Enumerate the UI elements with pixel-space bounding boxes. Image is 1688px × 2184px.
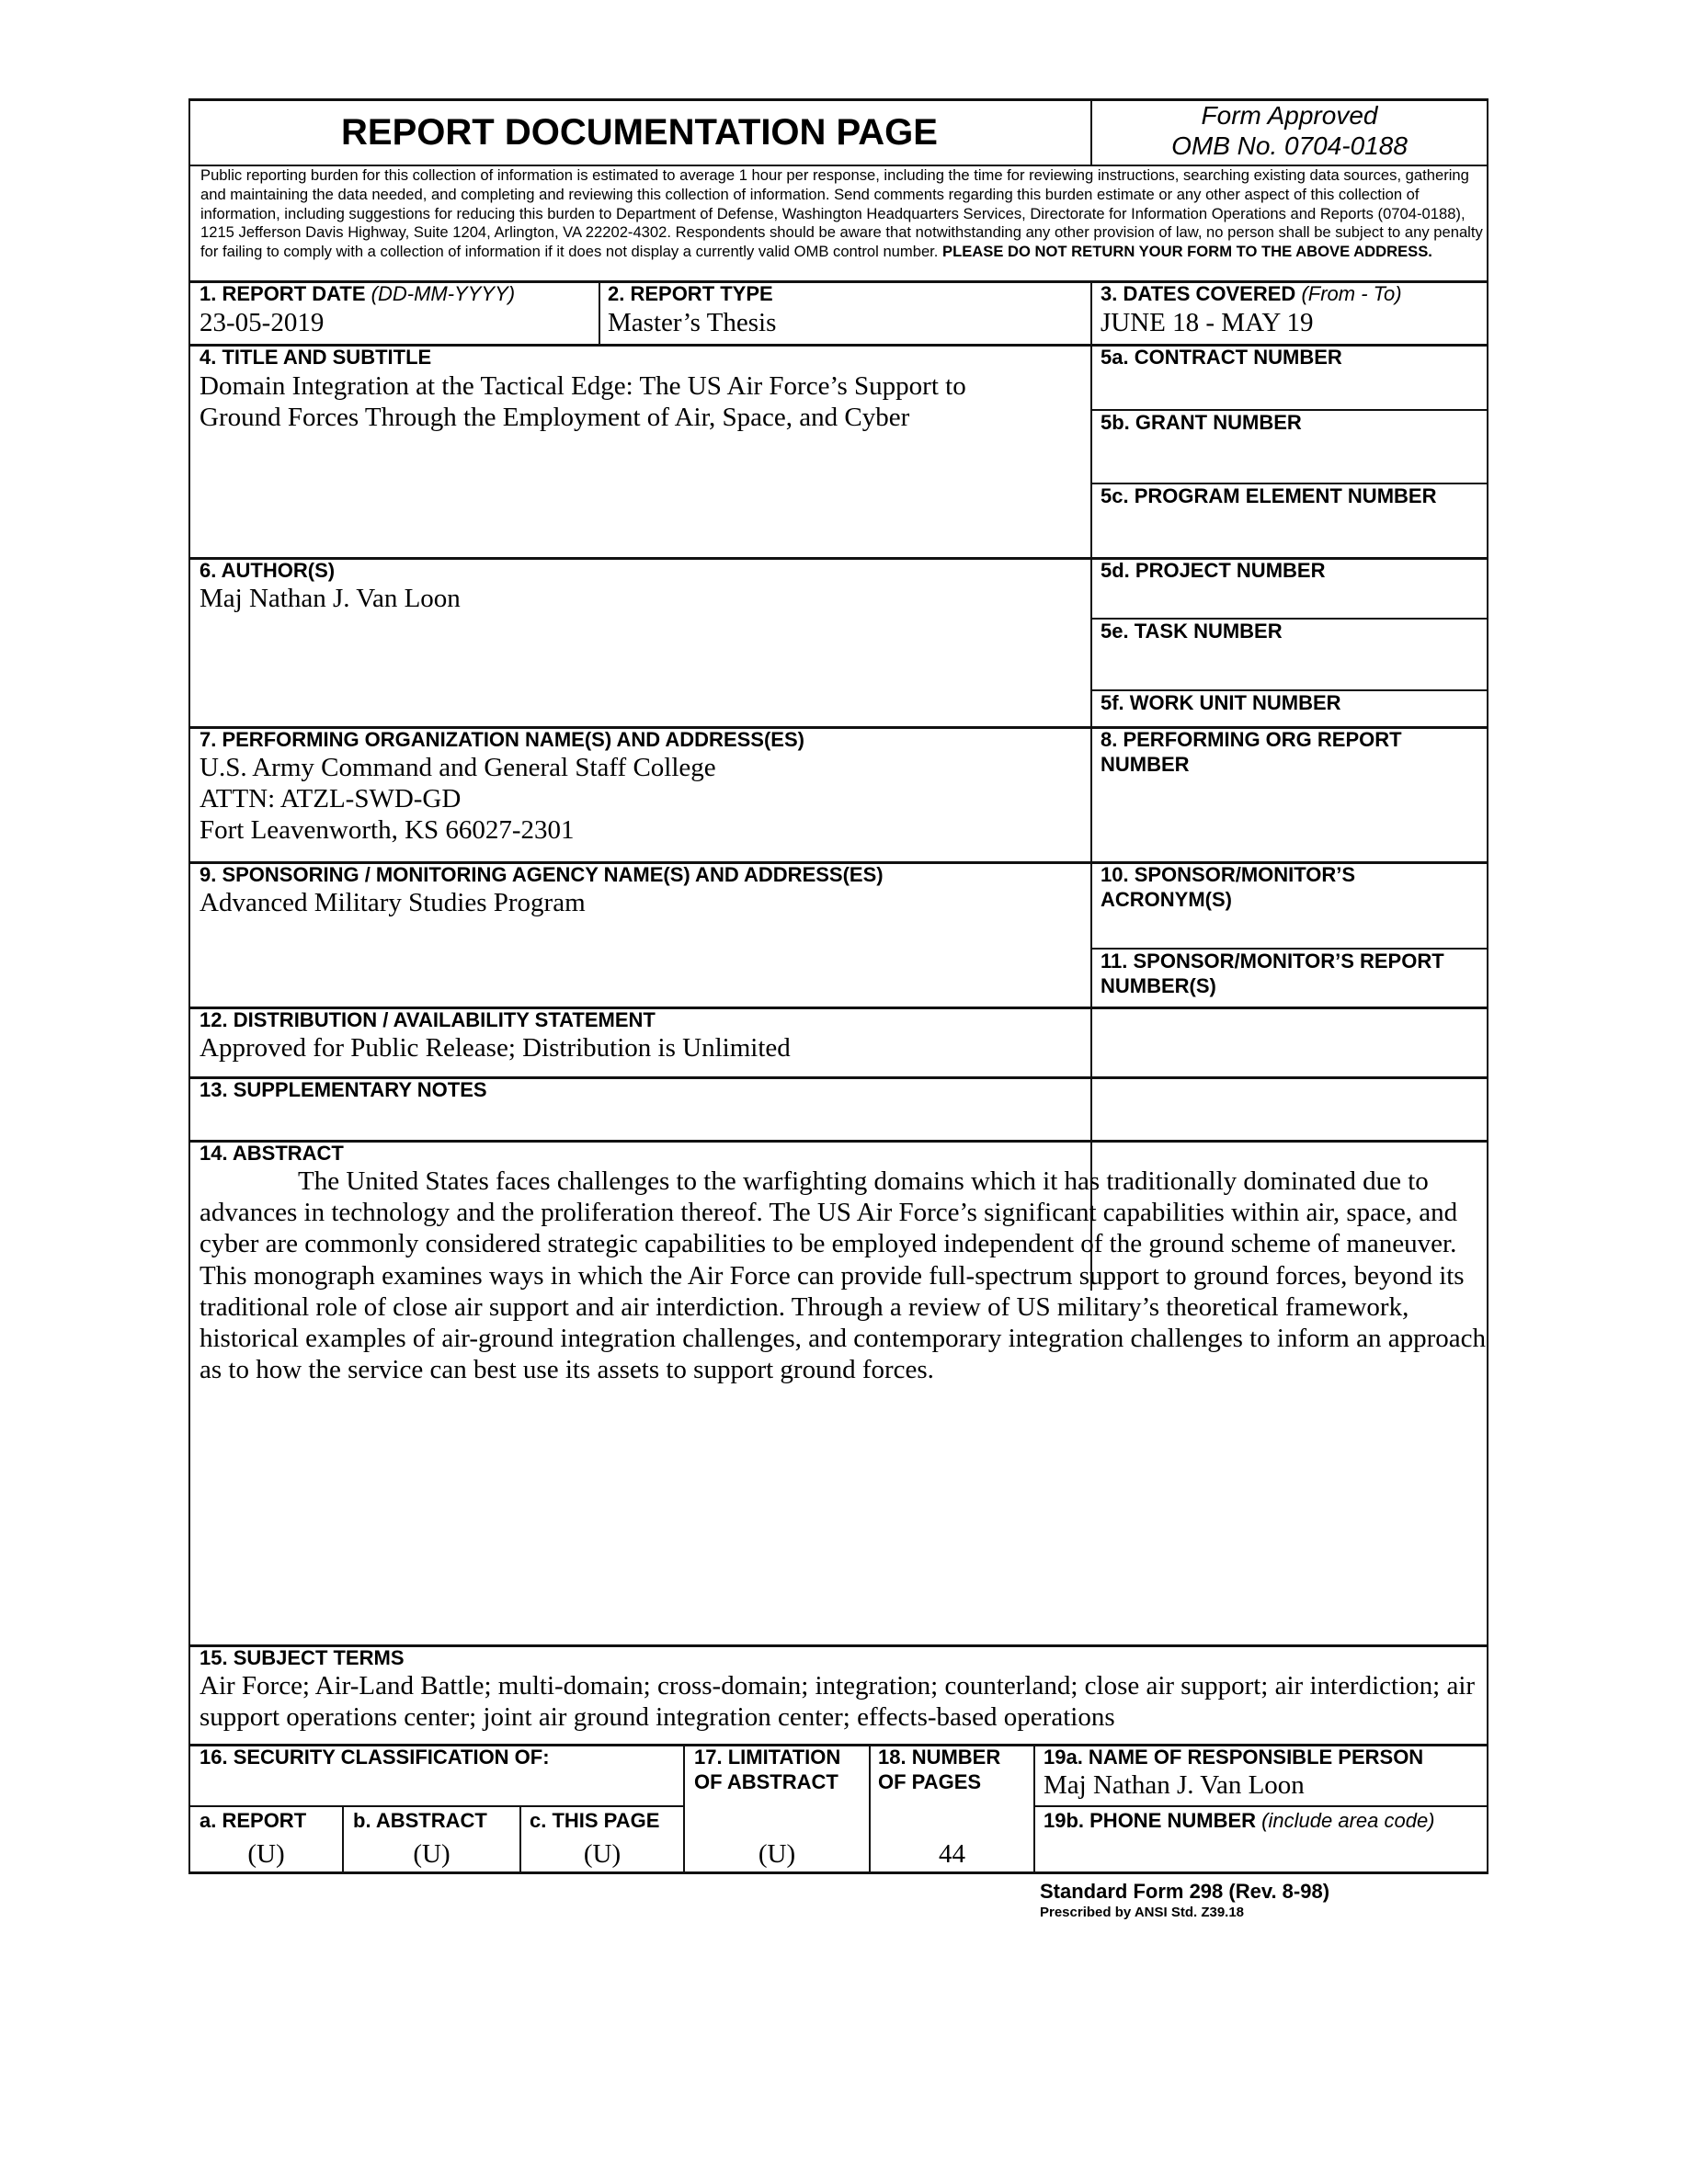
rule (599, 280, 600, 345)
authors-label: 6. AUTHOR(S) (200, 558, 335, 583)
sc-report-value[interactable]: (U) (190, 1838, 342, 1870)
title-line-1[interactable]: Domain Integration at the Tactical Edge:… (200, 370, 966, 402)
performing-org-line-2[interactable]: ATTN: ATZL-SWD-GD (200, 783, 461, 814)
title-line-2[interactable]: Ground Forces Through the Employment of … (200, 402, 909, 433)
sponsoring-agency-value[interactable]: Advanced Military Studies Program (200, 887, 586, 918)
report-type-value[interactable]: Master’s Thesis (608, 307, 776, 338)
title-subtitle-label: 4. TITLE AND SUBTITLE (200, 345, 431, 370)
authors-value[interactable]: Maj Nathan J. Van Loon (200, 583, 461, 614)
form-title: REPORT DOCUMENTATION PAGE (188, 110, 1090, 154)
security-classification-label: 16. SECURITY CLASSIFICATION OF: (200, 1745, 550, 1769)
dates-covered-value[interactable]: JUNE 18 - MAY 19 (1101, 307, 1313, 338)
performing-org-report-number-label: 8. PERFORMING ORG REPORT NUMBER (1101, 727, 1402, 777)
abstract-label: 14. ABSTRACT (200, 1141, 344, 1166)
burden-statement: Public reporting burden for this collect… (200, 166, 1497, 262)
abstract-text[interactable]: The United States faces challenges to th… (200, 1166, 1496, 1385)
distribution-value[interactable]: Approved for Public Release; Distributio… (200, 1032, 791, 1064)
sponsor-acronym-label: 10. SPONSOR/MONITOR’S ACRONYM(S) (1101, 862, 1355, 912)
limitation-of-abstract-label: 17. LIMITATION OF ABSTRACT (694, 1745, 840, 1794)
sc-this-page-value[interactable]: (U) (521, 1838, 683, 1870)
program-element-number-label: 5c. PROGRAM ELEMENT NUMBER (1101, 483, 1436, 508)
performing-org-label: 7. PERFORMING ORGANIZATION NAME(S) AND A… (200, 727, 804, 752)
responsible-person-value[interactable]: Maj Nathan J. Van Loon (1044, 1769, 1305, 1801)
rule (1033, 1744, 1035, 1873)
grant-number-label: 5b. GRANT NUMBER (1101, 410, 1302, 435)
work-unit-number-label: 5f. WORK UNIT NUMBER (1101, 690, 1341, 715)
rule (188, 1871, 1488, 1874)
rule (188, 98, 190, 1873)
form-approved-label: Form Approved (1092, 101, 1487, 131)
performing-org-line-1[interactable]: U.S. Army Command and General Staff Coll… (200, 752, 716, 783)
limitation-of-abstract-value[interactable]: (U) (685, 1838, 869, 1870)
prescribed-by: Prescribed by ANSI Std. Z39.18 (1040, 1905, 1244, 1921)
omb-number: OMB No. 0704-0188 (1092, 131, 1487, 161)
sc-abstract-value[interactable]: (U) (344, 1838, 519, 1870)
distribution-label: 12. DISTRIBUTION / AVAILABILITY STATEMEN… (200, 1007, 656, 1032)
rule (1033, 1805, 1488, 1807)
supplementary-notes-label: 13. SUPPLEMENTARY NOTES (200, 1077, 487, 1102)
subject-terms-label: 15. SUBJECT TERMS (200, 1645, 405, 1670)
standard-form-id: Standard Form 298 (Rev. 8-98) (1040, 1880, 1329, 1904)
task-number-label: 5e. TASK NUMBER (1101, 619, 1283, 643)
sc-report-label: a. REPORT (200, 1808, 306, 1833)
subject-terms-value[interactable]: Air Force; Air-Land Battle; multi-domain… (200, 1670, 1498, 1733)
sc-this-page-label: c. THIS PAGE (530, 1808, 659, 1833)
contract-number-label: 5a. CONTRACT NUMBER (1101, 345, 1342, 370)
number-of-pages-value[interactable]: 44 (871, 1838, 1033, 1870)
burden-emphasis: PLEASE DO NOT RETURN YOUR FORM TO THE AB… (942, 243, 1432, 260)
sponsoring-agency-label: 9. SPONSORING / MONITORING AGENCY NAME(S… (200, 862, 884, 887)
rule (1487, 98, 1488, 1873)
sc-abstract-label: b. ABSTRACT (353, 1808, 487, 1833)
responsible-person-label: 19a. NAME OF RESPONSIBLE PERSON (1044, 1745, 1423, 1769)
number-of-pages-label: 18. NUMBER OF PAGES (878, 1745, 1000, 1794)
dates-covered-label: 3. DATES COVERED (From - To) (1101, 281, 1402, 306)
report-date-value[interactable]: 23-05-2019 (200, 307, 324, 338)
phone-number-label: 19b. PHONE NUMBER (include area code) (1044, 1808, 1435, 1833)
rule (188, 1140, 1488, 1143)
report-date-label: 1. REPORT DATE (DD-MM-YYYY) (200, 281, 515, 306)
rule (188, 1805, 684, 1807)
report-type-label: 2. REPORT TYPE (608, 281, 773, 306)
sponsor-report-number-label: 11. SPONSOR/MONITOR’S REPORT NUMBER(S) (1101, 949, 1444, 998)
project-number-label: 5d. PROJECT NUMBER (1101, 558, 1325, 583)
performing-org-line-3[interactable]: Fort Leavenworth, KS 66027-2301 (200, 814, 575, 846)
